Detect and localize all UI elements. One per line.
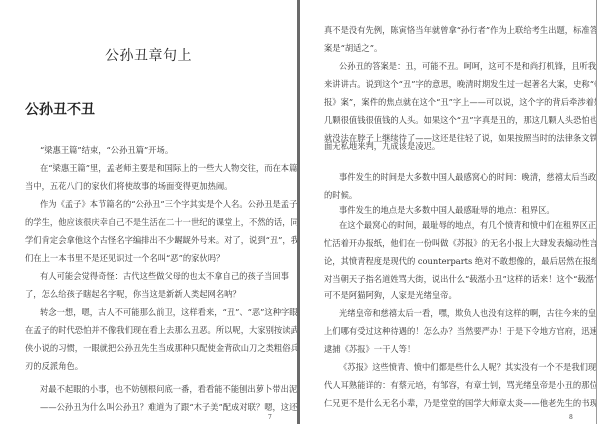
paragraph-line: 来讲讲古。说到这个“丑”字的意思，晚清时期发生过一起著名大案，史称“《苏 xyxy=(324,79,596,90)
book-spread: 公孙丑章句上 公孙丑不丑 “梁惠王篇”结束，“公孙丑篇”开场。 在“梁惠王篇”里… xyxy=(0,0,600,424)
paragraph-line: 转念一想，嗯，古人不可能那么前卫，这样看来，“丑”、“恶”这种字眼 xyxy=(40,307,297,318)
paragraph-line: 在这个最窝心的时间，最耻辱的地点，有几个愤青和愤中们在租界区正 xyxy=(339,220,596,231)
paragraph-line: “梁惠王篇”结束，“公孙丑篇”开场。 xyxy=(40,145,173,156)
paragraph-line: 当中，五花八门的家伙们将使故事的场面变得更加热闹。 xyxy=(25,181,232,192)
page-number: 8 xyxy=(569,414,573,421)
paragraph-line: 的时候。 xyxy=(324,190,357,201)
paragraph-line: 事件发生的地点是大多数中国人最感耻辱的地点：租界区。 xyxy=(339,205,555,216)
paragraph-line: 了，怎么给孩子瞎起名字呢，你当这是新新人类起网名呐？ xyxy=(25,289,241,300)
paragraph-line: 有人可能会觉得奇怪：古代这些做父母的也太不拿自己的孩子当回事 xyxy=(40,271,289,282)
paragraph-line: 仁兄更不是什么无名小辈，乃是堂堂的国学大师章太炎——他老先生的书现 xyxy=(324,398,596,409)
section-title: 公孙丑不丑 xyxy=(25,99,95,119)
right-page: 真不是没有先例，陈寅恪当年就曾拿“孙行者”作为上联给考生出题，标准答 案是“胡适… xyxy=(300,0,596,424)
paragraph-line: 在孟子的时代恐怕并不像我们现在看上去那么丑恶。所以呢，大家别按读武 xyxy=(25,325,297,336)
paragraph-line: 案是“胡适之”。 xyxy=(324,43,382,54)
paragraph-line: 忙活着开办报纸，他们在一份叫做《苏报》的无名小报上大肆发表煽动性言 xyxy=(324,238,596,249)
page-number: 7 xyxy=(268,414,272,421)
paragraph-line: 代人耳熟能详的：有蔡元培，有邹容，有章士钊，骂光绪皇帝是小丑的那位 xyxy=(324,380,596,391)
paragraph-line: 可不是阿猫阿狗，人家是光绪皇帝。 xyxy=(324,290,457,301)
paragraph-line: 对最不起眼的小事，也不妨刨根问底一番，看看能不能刨出萝卜带出泥。 xyxy=(40,384,297,395)
paragraph-line: 对当朝天子指名道姓骂大街，说出什么“载湉小丑”这样的话来！这个“载湉” xyxy=(324,274,596,285)
paragraph-line: 报》案”，案件的焦点就在这个“丑”字上——可以说，这个字的背后牵涉着好 xyxy=(324,97,596,108)
paragraph-line: 逮捕《苏报》一干人等！ xyxy=(324,344,415,355)
paragraph-line: 公孙丑的答案是：丑，可能不丑。呵呵，这可不是和尚打机锋，且听我 xyxy=(339,61,596,72)
paragraph-line: 刃的反派角色。 xyxy=(25,361,83,372)
paragraph-line: 侠小说的习惯，一眼就把公孙丑先生当成那种只配使金背砍山刀之类粗俗兵 xyxy=(25,343,297,354)
paragraph-line: 们在上一本书里不是还见识过一个名叫“恶”的家伙吗？ xyxy=(25,253,224,264)
chapter-title: 公孙丑章句上 xyxy=(0,45,297,65)
paragraph-line: 真不是没有先例，陈寅恪当年就曾拿“孙行者”作为上联给考生出题，标准答 xyxy=(324,25,596,36)
paragraph-line: 几颗很值钱很值钱的人头。如果这个“丑”字真是丑的，那这几颗人头恐怕也 xyxy=(324,115,596,126)
paragraph-line: 学们肯定会拿他这个古怪名字编排出不少龌龊外号来。对了，说到“丑”，我 xyxy=(25,235,297,246)
paragraph-line: 论，其愤青程度是现代的 counterparts 绝对不敢想像的，最后居然在报纸… xyxy=(324,256,596,267)
paragraph-line: ——公孙丑为什么叫公孙丑？难道为了跟“木子美”配成对联？嗯，这还 xyxy=(40,402,297,413)
page-edge xyxy=(596,0,597,424)
paragraph-line: 《苏报》这些愤青、愤中们都是些什么人呢？其实没有一个不是我们现 xyxy=(339,362,596,373)
left-page: 公孙丑章句上 公孙丑不丑 “梁惠王篇”结束，“公孙丑篇”开场。 在“梁惠王篇”里… xyxy=(0,0,297,424)
paragraph-line: 在“梁惠王篇”里，孟老师主要是和国际上的一些大人物交往，而在本篇 xyxy=(40,163,297,174)
paragraph-line: 的学生，他应该很庆幸自己不是生活在二十一世纪的课堂上，不然的话，同 xyxy=(25,217,297,228)
paragraph-line: 作为《孟子》本节篇名的“公孙丑”三个字其实是个人名。公孙丑是孟子 xyxy=(40,199,297,210)
paragraph-line: 事件发生的时间是大多数中国人最感窝心的时间：晚清，慈禧太后当政 xyxy=(339,172,596,183)
paragraph-line: 面无私地来判，九成该是凌迟。 xyxy=(324,141,440,152)
paragraph-line: 光绪皇帝和慈禧太后一看，嘿，欺负人也没有这样的啊，古往今来的皇 xyxy=(339,308,596,319)
paragraph-line: 上们哪有受过这种待遇的！怎么办？当然要严办！于是下令地方官府，迅速 xyxy=(324,326,596,337)
